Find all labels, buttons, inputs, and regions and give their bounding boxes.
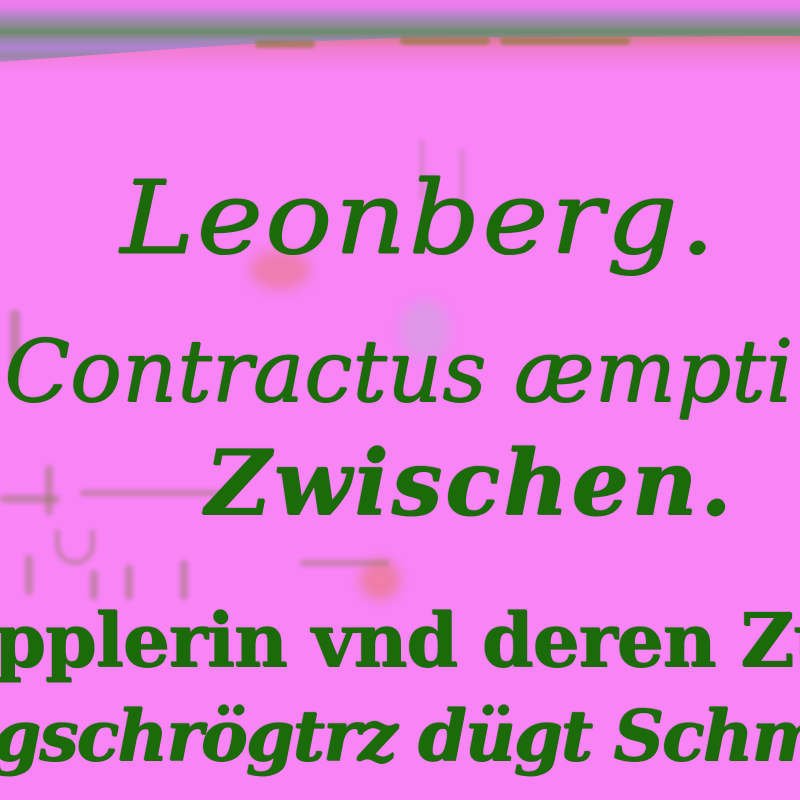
- edge-stain: [400, 37, 490, 45]
- heading-leonberg: Leonberg.: [120, 160, 717, 277]
- bleed-through-stroke: [300, 560, 390, 566]
- bleed-through-stroke: [80, 490, 220, 496]
- heading-contractus-emptionis: Contractus æmpti: [4, 322, 793, 422]
- bleed-through-stroke: [125, 565, 133, 600]
- bleed-through-stroke: [180, 560, 188, 600]
- edge-stain: [500, 37, 630, 45]
- bleed-through-stroke: [25, 555, 33, 595]
- manuscript-page: Leonberg. Contractus æmpti Zwischen. ppl…: [0, 0, 800, 800]
- body-line-2: gschrögtrz dügt Schmua: [0, 694, 800, 777]
- paper-stain: [360, 560, 400, 600]
- heading-zwischen: Zwischen.: [205, 430, 734, 536]
- body-line-1: pplerin vnd deren Zü: [0, 598, 800, 684]
- edge-stain: [255, 40, 315, 48]
- bleed-through-stroke: [90, 570, 98, 600]
- bleed-through-stroke: [45, 465, 53, 515]
